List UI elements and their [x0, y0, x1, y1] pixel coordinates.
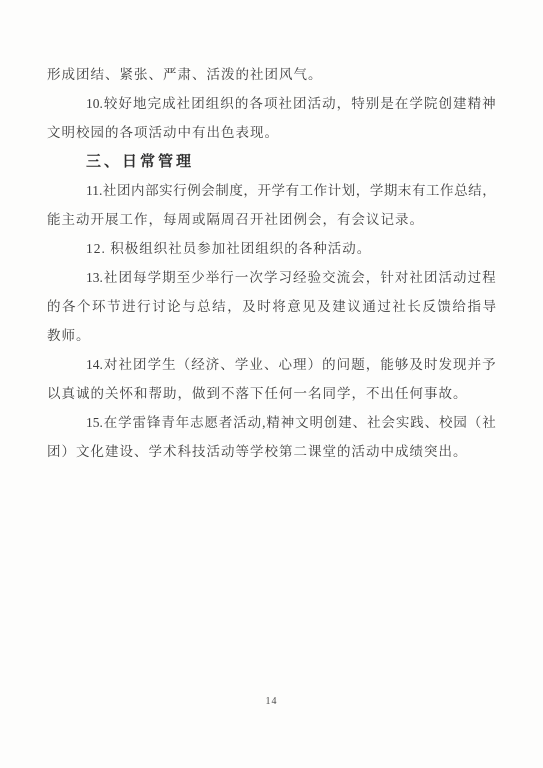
text-line: 的各个环节进行讨论与总结，及时将意见及建议通过社长反馈给指导: [47, 292, 496, 321]
text-line: 形成团结、紧张、严肃、活泼的社团风气。: [47, 60, 496, 89]
text-line: 文明校园的各项活动中有出色表现。: [47, 118, 496, 147]
document-page: 形成团结、紧张、严肃、活泼的社团风气。10.较好地完成社团组织的各项社团活动，特…: [0, 0, 543, 768]
text-line: 10.较好地完成社团组织的各项社团活动，特别是在学院创建精神: [47, 89, 496, 118]
text-line: 15.在学雷锋青年志愿者活动,精神文明创建、社会实践、校园（社: [47, 408, 496, 437]
text-line: 以真诚的关怀和帮助，做到不落下任何一名同学，不出任何事故。: [47, 379, 496, 408]
text-line: 14.对社团学生（经济、学业、心理）的问题，能够及时发现并予: [47, 350, 496, 379]
section-heading: 三、日常管理: [47, 147, 496, 176]
text-line: 团）文化建设、学术科技活动等学校第二课堂的活动中成绩突出。: [47, 437, 496, 466]
text-line: 教师。: [47, 321, 496, 350]
text-line: 能主动开展工作，每周或隔周召开社团例会，有会议记录。: [47, 205, 496, 234]
text-line: 12. 积极组织社员参加社团组织的各种活动。: [47, 234, 496, 263]
page-number: 14: [0, 696, 543, 707]
document-text-block: 形成团结、紧张、严肃、活泼的社团风气。10.较好地完成社团组织的各项社团活动，特…: [47, 60, 496, 466]
text-line: 11.社团内部实行例会制度，开学有工作计划，学期末有工作总结，: [47, 176, 496, 205]
text-line: 13.社团每学期至少举行一次学习经验交流会，针对社团活动过程: [47, 263, 496, 292]
